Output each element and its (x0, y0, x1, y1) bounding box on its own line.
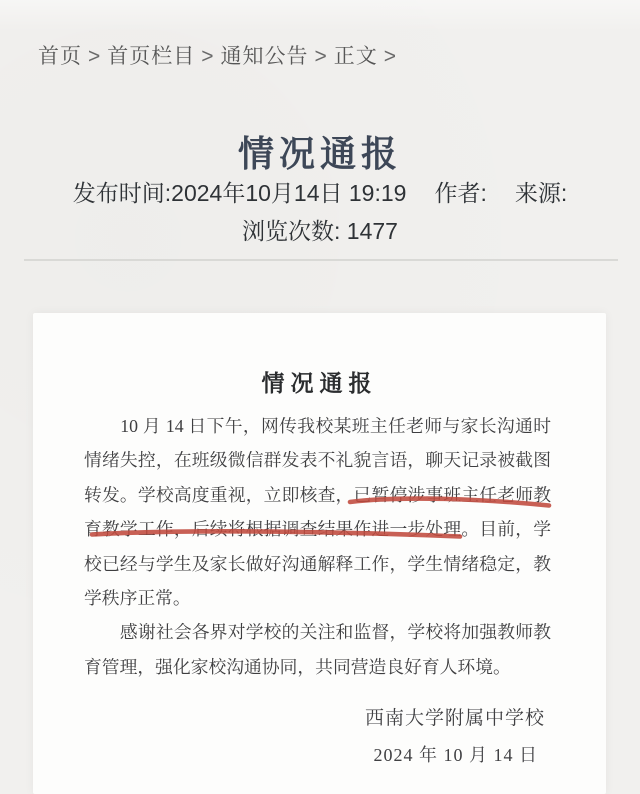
body-line: 转发。学校高度重视，立即核查，已暂停涉事班主任老师教 (84, 478, 551, 512)
author-label: 作者: (434, 180, 486, 206)
document-body: 10 月 14 日下午，网传我校某班主任老师与家长沟通时 情绪失控，在班级微信群… (84, 409, 551, 684)
source-label: 来源: (515, 180, 567, 206)
body-line: 育管理，强化家校沟通协同，共同营造良好育人环境。 (84, 650, 551, 684)
breadcrumb-separator: > (88, 45, 101, 68)
document-title: 情况通报 (33, 365, 606, 398)
view-count-value: 1477 (347, 218, 398, 244)
publish-time-value: 2024年10月14日 19:19 (171, 180, 406, 206)
signature-date: 2024 年 10 月 14 日 (374, 741, 539, 767)
breadcrumb-separator: > (315, 45, 328, 68)
body-line: 校已经与学生及家长做好沟通解释工作，学生情绪稳定，教 (84, 547, 551, 581)
body-line: 10 月 14 日下午，网传我校某班主任老师与家长沟通时 (84, 409, 551, 443)
body-line: 感谢社会各界对学校的关注和监督，学校将加强教师教 (84, 615, 551, 649)
breadcrumb-notices[interactable]: 通知公告 (221, 45, 309, 68)
notice-document-card: 情况通报 10 月 14 日下午，网传我校某班主任老师与家长沟通时 情绪失控，在… (33, 313, 606, 794)
breadcrumb-home-column[interactable]: 首页栏目 (107, 45, 195, 68)
page-title: 情况通报 (0, 126, 640, 177)
view-count: 浏览次数: 1477 (0, 213, 640, 246)
header-divider (24, 259, 618, 261)
breadcrumb: 首页>首页栏目>通知公告>正文> (38, 40, 403, 70)
breadcrumb-article[interactable]: 正文 (334, 45, 378, 68)
body-line: 情绪失控，在班级微信群发表不礼貌言语，聊天记录被截图 (84, 443, 551, 477)
body-line: 育教学工作，后续将根据调查结果作进一步处理。目前，学 (84, 512, 551, 546)
notice-page: { "breadcrumb": { "items": ["首页", "首页栏目"… (0, 0, 640, 794)
breadcrumb-separator: > (384, 45, 397, 68)
view-count-label: 浏览次数: (242, 218, 340, 244)
article-meta: 发布时间:2024年10月14日 19:19作者:来源: (0, 175, 640, 208)
signature-school: 西南大学附属中学校 (365, 703, 545, 730)
breadcrumb-home[interactable]: 首页 (38, 45, 82, 68)
breadcrumb-separator: > (201, 45, 214, 68)
publish-time-label: 发布时间: (73, 180, 171, 206)
body-line: 学秩序正常。 (84, 581, 551, 615)
